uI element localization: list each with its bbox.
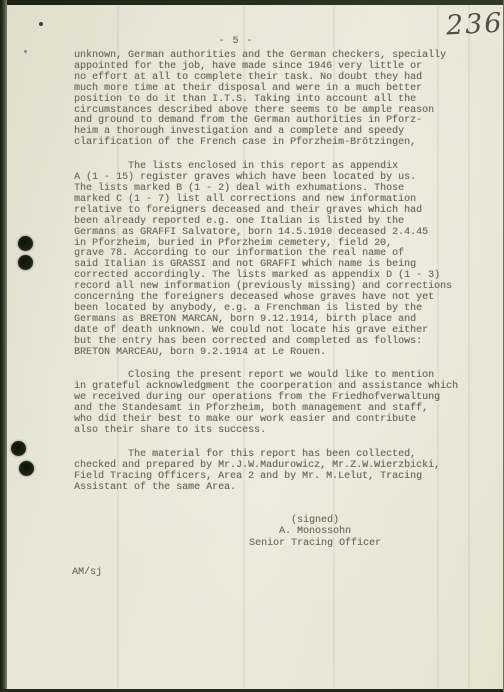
photo-edge-top [0,0,504,5]
signature-block: (signed) A. Monossohn Senior Tracing Off… [240,515,390,549]
signatory-name: A. Monossohn [240,526,390,537]
binding-hole [18,255,33,270]
binding-hole [19,461,34,476]
paper-speck [24,50,27,53]
paragraph-4: The material for this report has been co… [74,450,474,494]
paragraph-3: Closing the present report we would like… [74,371,474,436]
document-body: unknown, German authorities and the Germ… [74,51,474,507]
binding-hole [18,236,33,251]
handwritten-folio-number: 236 [445,9,504,42]
paper-speck [39,22,43,26]
signatory-title: Senior Tracing Officer [240,538,390,549]
signed-label: (signed) [240,515,390,526]
photo-edge-left [0,0,7,692]
page-number: - 5 - [166,36,306,47]
reference-initials: AM/sj [72,567,102,578]
document-photo: - 5 - 236 unknown, German authorities an… [0,0,504,692]
paragraph-2: The lists enclosed in this report as app… [74,162,474,358]
paragraph-1: unknown, German authorities and the Germ… [74,51,474,149]
binding-hole [11,441,26,456]
